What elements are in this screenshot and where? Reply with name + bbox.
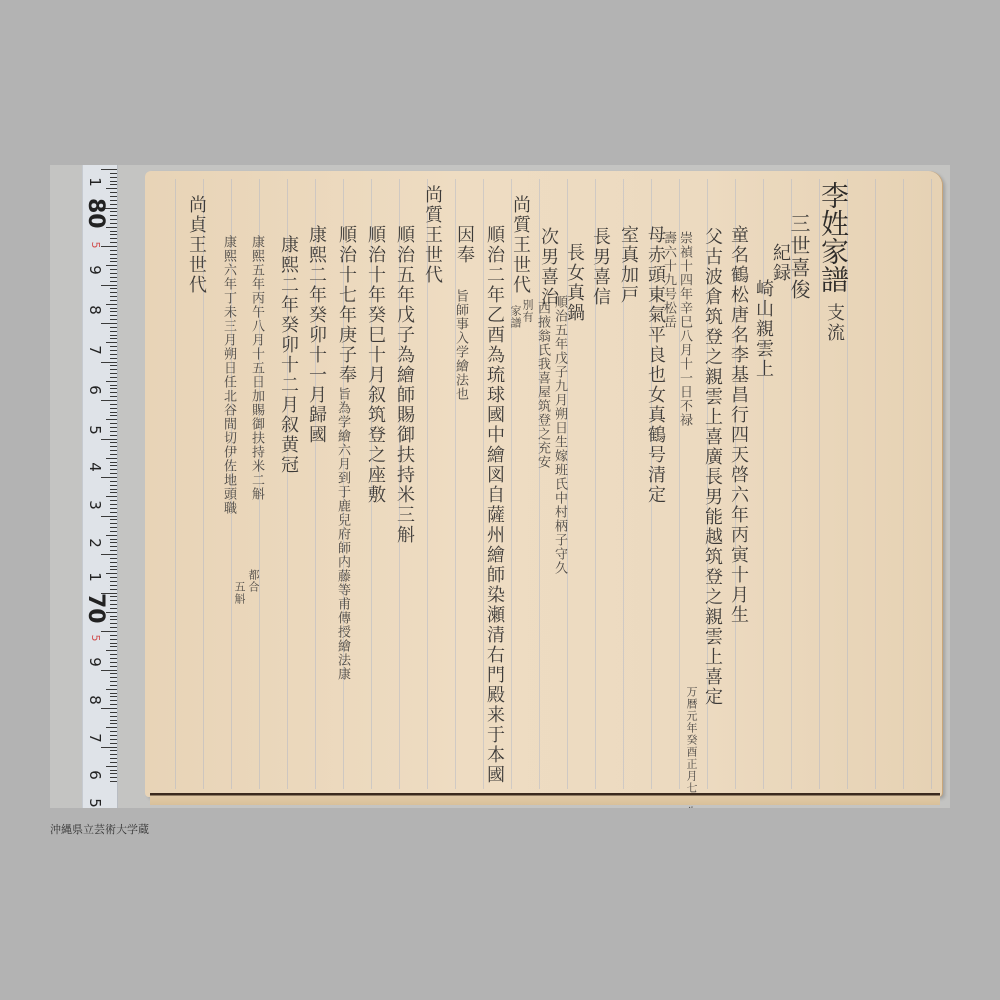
ruler-tick (110, 781, 117, 782)
ruler-tick (110, 181, 117, 182)
ruler-tick (110, 319, 117, 320)
ruler-tick (110, 704, 117, 705)
ruler-tick (106, 496, 117, 497)
ruler-tick (110, 750, 117, 751)
text-column-daughter-birth: 順治五年戊子九月朔日生嫁班氏中村柄子守久 (550, 295, 569, 575)
text-column-daughter-note: 西掖翁氏我喜屋筑登之充安 (533, 301, 552, 469)
ruler-tick (110, 666, 117, 667)
ruler-tick (110, 773, 117, 774)
text-column-father: 父古波倉筑登之親雲上喜廣長男能越筑登之親雲上喜定 (699, 227, 725, 707)
ruler-tick (110, 658, 117, 659)
ruler-tick (110, 673, 117, 674)
ruler-label: 5 (87, 235, 103, 255)
text-column-reign-1: 尚質王世代 (507, 195, 533, 295)
ruler-tick (110, 350, 117, 351)
ruler-label: 3 (87, 495, 103, 515)
ruler-tick (110, 404, 117, 405)
text-column-entry-9: 康熙六年丁未三月朔日任北谷間切伊佐地頭職 (219, 235, 238, 515)
text-column-second-son-note-2: 家譜 (507, 305, 523, 329)
ruler-tick (110, 396, 117, 397)
ruler-tick (110, 473, 117, 474)
ruler-tick (101, 285, 117, 286)
text-column-entry-4: 順治十年癸巳十月叙筑登之座敷 (362, 225, 388, 505)
ruler-tick (106, 265, 117, 266)
ruler-tick (101, 246, 117, 247)
ruler-tick (110, 604, 117, 605)
ruler-tick (110, 223, 117, 224)
ruler-tick (110, 685, 117, 686)
ruler-tick (110, 643, 117, 644)
ruler-tick (110, 581, 117, 582)
text-column-entry-6: 康熙二年癸卯十一月歸國 (303, 225, 329, 445)
ruler-tick (101, 362, 117, 363)
ruler-tick (110, 288, 117, 289)
ruler-tick (110, 527, 117, 528)
ruler-tick (101, 554, 117, 555)
ruler-tick (110, 431, 117, 432)
ruler-tick (110, 446, 117, 447)
ruler-tick (110, 254, 117, 255)
text-column-entry-5b: 旨為学繪六月到于鹿兒府師内藤等甫傳授繪法康 (333, 387, 352, 681)
ruler-tick (106, 535, 117, 536)
ruler-tick (110, 427, 117, 428)
text-column-entry-1: 順治二年乙酉為琉球國中繪図自薩州繪師染瀬清右門殿来于本國 (481, 225, 507, 785)
text-column-wife: 室真加戸 (615, 225, 641, 305)
ruler-tick (110, 261, 117, 262)
ruler-tick (110, 696, 117, 697)
ruler-tick (101, 747, 117, 748)
ruler-tick (110, 358, 117, 359)
ruler-tick (110, 754, 117, 755)
ruler-tick (110, 662, 117, 663)
ruler-tick (110, 508, 117, 509)
text-column-generation: 三世喜俊 (785, 213, 814, 301)
ruler-label: 5 (87, 420, 103, 440)
ruler-tick (110, 512, 117, 513)
ruler-tick (110, 735, 117, 736)
document-title: 李姓家譜 (813, 181, 853, 293)
text-column-entry-5: 順治十七年庚子奉 (333, 225, 359, 385)
text-column-entry-3: 順治五年戊子為繪師賜御扶持米三斛 (391, 225, 417, 545)
text-column-entry-8-note-1: 都合 (245, 569, 261, 593)
ruler-label: 8 (87, 300, 103, 320)
ruler-tick (110, 277, 117, 278)
ruler-tick (110, 558, 117, 559)
ruler-tick (110, 292, 117, 293)
ruler-tick (110, 442, 117, 443)
ruler-tick (110, 250, 117, 251)
ruler-tick (110, 408, 117, 409)
ruler-tick (110, 693, 117, 694)
ruler-tick (110, 585, 117, 586)
ruler-tick (106, 419, 117, 420)
ruler-tick (110, 489, 117, 490)
ruler-tick (101, 439, 117, 440)
manuscript-page: 李姓家譜 支流 紀録 三世喜俊崎山親雲上童名鶴松唐名李基昌行四天啓六年丙寅十月生… (145, 171, 942, 797)
ruler-tick (110, 462, 117, 463)
ruler-label: 8 (87, 690, 103, 710)
ruler-tick (110, 238, 117, 239)
ruler-tick (110, 258, 117, 259)
ruler-tick (101, 670, 117, 671)
ruler-tick (101, 400, 117, 401)
ruler-label: 1 (87, 567, 103, 587)
ruler-tick (110, 504, 117, 505)
ruler-tick (110, 454, 117, 455)
ruler-tick (110, 608, 117, 609)
ruler-tick (110, 700, 117, 701)
ruler-tick (110, 635, 117, 636)
ruler-tick (101, 477, 117, 478)
ruler-tick (110, 385, 117, 386)
ruler-tick (110, 542, 117, 543)
ruler-tick (110, 616, 117, 617)
ruler-tick (110, 539, 117, 540)
ruler-tick (110, 465, 117, 466)
ruler-label: 6 (87, 765, 103, 785)
ruler-label: 7 (87, 340, 103, 360)
ruler-tick (110, 681, 117, 682)
ruler-tick (110, 569, 117, 570)
ruler-tick (110, 311, 117, 312)
ruler-label: 2 (87, 533, 103, 553)
ruler-tick (110, 273, 117, 274)
ruler-tick (110, 415, 117, 416)
ruler-tick (110, 435, 117, 436)
ruler-tick (110, 550, 117, 551)
ruler-tick (110, 219, 117, 220)
collection-credit: 沖縄県立芸術大学蔵 (50, 821, 149, 837)
ruler-label: 6 (87, 380, 103, 400)
ruler-tick (106, 573, 117, 574)
ruler-tick (110, 639, 117, 640)
ruler-tick (110, 354, 117, 355)
ruler-label: 5 (87, 628, 103, 648)
ruler-tick (106, 381, 117, 382)
ruler-tick (110, 412, 117, 413)
ruler-tick (110, 215, 117, 216)
ruler-tick (110, 762, 117, 763)
ruler-tick (101, 323, 117, 324)
ruler-label: 80 (87, 198, 103, 222)
ruler-tick (110, 627, 117, 628)
ruler-tick (110, 365, 117, 366)
ruler-tick (110, 211, 117, 212)
page-bottom-edge (150, 793, 940, 805)
ruler-tick (110, 654, 117, 655)
text-column-reign-3: 尚貞王世代 (183, 195, 209, 295)
ruler-tick (110, 646, 117, 647)
ruler-tick (110, 315, 117, 316)
ruler-tick (110, 546, 117, 547)
ruled-line (455, 179, 456, 789)
ruler-tick (110, 723, 117, 724)
ruler-tick (110, 492, 117, 493)
ruler-tick (110, 231, 117, 232)
ruler-tick (110, 481, 117, 482)
ruler-tick (110, 600, 117, 601)
ruler-tick (110, 177, 117, 178)
text-column-eldest-son: 長男喜信 (587, 227, 613, 307)
text-column-father-note: 万暦元年癸酉正月七日生 (683, 686, 699, 808)
ruler-tick (110, 596, 117, 597)
measuring-ruler: 180598765432170598765 (82, 165, 118, 808)
text-column-name-honorific: 崎山親雲上 (750, 279, 776, 379)
manuscript-photograph: 180598765432170598765 李姓家譜 支流 紀録 三世喜俊崎山親… (50, 165, 950, 808)
ruler-tick (101, 631, 117, 632)
ruler-tick (110, 338, 117, 339)
ruler-tick (110, 373, 117, 374)
ruler-tick (110, 335, 117, 336)
ruler-tick (110, 523, 117, 524)
ruler-tick (101, 708, 117, 709)
ruler-tick (101, 169, 117, 170)
ruler-tick (110, 196, 117, 197)
ruler-tick (110, 500, 117, 501)
ruler-tick (110, 269, 117, 270)
ruler-label: 9 (87, 260, 103, 280)
text-column-reign-2: 尚質王世代 (419, 185, 445, 285)
ruler-tick (101, 516, 117, 517)
ruler-tick (110, 200, 117, 201)
ruler-label: 5 (87, 793, 103, 808)
ruler-tick (110, 519, 117, 520)
ruler-tick (110, 562, 117, 563)
ruler-tick (110, 192, 117, 193)
ruler-tick (106, 188, 117, 189)
ruler-tick (110, 577, 117, 578)
text-column-entry-8: 康熙五年丙午八月十五日加賜御扶持米二斛 (247, 235, 266, 501)
ruler-tick (110, 423, 117, 424)
ruler-tick (110, 204, 117, 205)
ruler-tick (110, 589, 117, 590)
ruler-tick (110, 173, 117, 174)
ruler-tick (110, 566, 117, 567)
ruler-tick (106, 766, 117, 767)
ruler-tick (110, 346, 117, 347)
text-column-childhood-name: 童名鶴松唐名李基昌行四天啓六年丙寅十月生 (725, 225, 751, 625)
ruler-tick (110, 758, 117, 759)
ruler-tick (110, 777, 117, 778)
ruler-tick (110, 531, 117, 532)
text-column-entry-2b: 旨師事入学繪法也 (451, 289, 470, 401)
ruler-tick (110, 296, 117, 297)
ruler-tick (106, 304, 117, 305)
ruled-line (931, 179, 932, 789)
ruler-tick (106, 727, 117, 728)
ruler-tick (110, 300, 117, 301)
ruler-tick (106, 458, 117, 459)
ruler-tick (110, 720, 117, 721)
ruler-tick (110, 369, 117, 370)
ruler-tick (110, 739, 117, 740)
ruler-tick (110, 392, 117, 393)
ruler-tick (110, 450, 117, 451)
ruler-tick (110, 770, 117, 771)
ruler-tick (110, 743, 117, 744)
ruled-line (875, 179, 876, 789)
ruler-label: 7 (87, 728, 103, 748)
ruled-line (175, 179, 176, 789)
ruler-tick (110, 281, 117, 282)
ruler-tick (110, 377, 117, 378)
ruler-tick (106, 650, 117, 651)
ruler-tick (110, 731, 117, 732)
text-column-second-son: 次男喜治 (535, 227, 561, 307)
ruled-line (763, 179, 764, 789)
ruler-tick (110, 619, 117, 620)
text-column-mother: 母赤頭東氣平良也女真鶴号清定 (642, 225, 668, 505)
ruler-label: 1 (87, 172, 103, 192)
ruler-label: 9 (87, 652, 103, 672)
ruled-line (903, 179, 904, 789)
ruler-tick (110, 716, 117, 717)
ruler-tick (110, 234, 117, 235)
text-column-entry-2: 因奉 (451, 225, 477, 265)
branch-label: 支流 (821, 303, 847, 343)
ruler-label: 70 (87, 593, 103, 617)
ruler-tick (110, 308, 117, 309)
ruler-tick (110, 712, 117, 713)
ruler-tick (110, 242, 117, 243)
ruler-tick (110, 485, 117, 486)
ruler-tick (110, 677, 117, 678)
ruler-tick (110, 184, 117, 185)
ruler-tick (106, 342, 117, 343)
ruler-tick (110, 388, 117, 389)
ruler-tick (110, 623, 117, 624)
ruler-label: 4 (87, 457, 103, 477)
ruler-tick (110, 469, 117, 470)
ruler-tick (110, 327, 117, 328)
text-column-entry-8-note-2: 五斛 (231, 581, 247, 605)
ruler-tick (110, 331, 117, 332)
ruler-tick (106, 689, 117, 690)
text-column-entry-7: 康熙二年癸卯十二月叙黄冠 (275, 235, 301, 475)
